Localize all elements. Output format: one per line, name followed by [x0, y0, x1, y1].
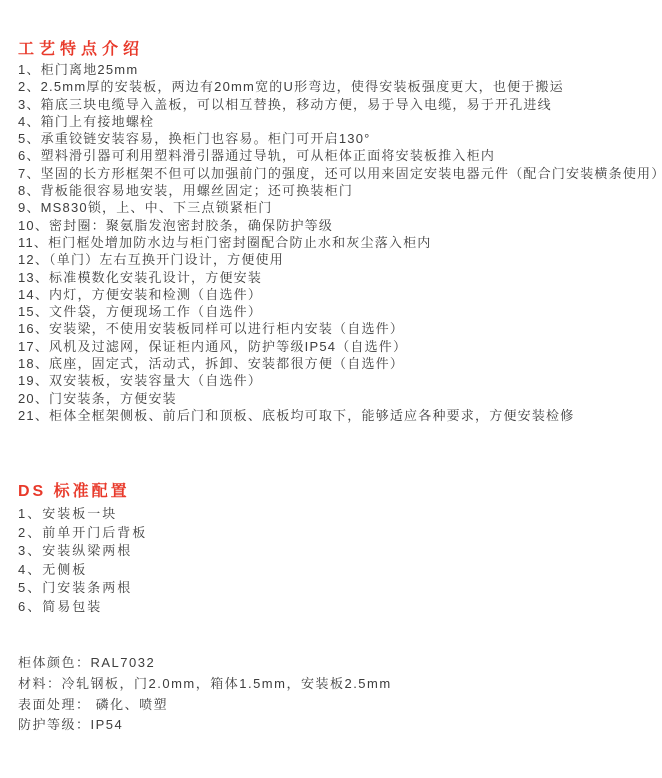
feature-item-10: 10、密封圈：聚氨脂发泡密封胶条，确保防护等级 — [18, 217, 656, 234]
ds-config-item-6: 6、简易包装 — [18, 598, 147, 617]
feature-item-18: 18、底座，固定式，活动式，拆卸、安装都很方便（自选件） — [18, 355, 656, 372]
ds-config-item-1: 1、安装板一块 — [18, 505, 147, 524]
ds-config-section-title: DS 标准配置 — [18, 478, 130, 501]
feature-item-4: 4、箱门上有接地螺栓 — [18, 113, 656, 130]
catalog-page: 工艺特点介绍 1、柜门离地25mm 2、2.5mm厚的安装板，两边有20mm宽的… — [0, 0, 662, 778]
feature-item-7: 7、坚固的长方形框架不但可以加强前门的强度，还可以用来固定安装电器元件（配合门安… — [18, 165, 656, 182]
feature-item-6: 6、塑料滑引器可利用塑料滑引器通过导轨，可从柜体正面将安装板推入柜内 — [18, 147, 656, 164]
feature-item-8: 8、背板能很容易地安装，用螺丝固定；还可换装柜门 — [18, 182, 656, 199]
feature-item-2: 2、2.5mm厚的安装板，两边有20mm宽的U形弯边，使得安装板强度更大，也便于… — [18, 78, 656, 95]
feature-item-19: 19、双安装板，安装容量大（自选件） — [18, 372, 656, 389]
features-section-title: 工艺特点介绍 — [18, 36, 144, 59]
ds-config-item-5: 5、门安装条两根 — [18, 579, 147, 598]
feature-list: 1、柜门离地25mm 2、2.5mm厚的安装板，两边有20mm宽的U形弯边，使得… — [18, 61, 656, 424]
feature-item-12: 12、（单门）左右互换开门设计，方便使用 — [18, 251, 656, 268]
feature-item-5: 5、承重铰链安装容易，换柜门也容易。柜门可开启130° — [18, 130, 656, 147]
feature-item-13: 13、标准模数化安装孔设计，方便安装 — [18, 269, 656, 286]
ds-config-item-3: 3、安装纵梁两根 — [18, 542, 147, 561]
spec-cabinet-color: 柜体颜色：RAL7032 — [18, 653, 392, 674]
spec-material: 材料：冷轧钢板，门2.0mm，箱体1.5mm，安装板2.5mm — [18, 674, 392, 695]
spec-surface-treatment: 表面处理： 磷化、喷塑 — [18, 695, 392, 716]
feature-item-15: 15、文件袋，方便现场工作（自选件） — [18, 303, 656, 320]
feature-item-21: 21、柜体全框架侧板、前后门和顶板、底板均可取下，能够适应各种要求，方便安装检修 — [18, 407, 656, 424]
ds-config-list: 1、安装板一块 2、前单开门后背板 3、安装纵梁两根 4、无侧板 5、门安装条两… — [18, 505, 147, 617]
specs-block: 柜体颜色：RAL7032 材料：冷轧钢板，门2.0mm，箱体1.5mm，安装板2… — [18, 653, 392, 736]
feature-item-9: 9、MS830锁，上、中、下三点锁紧柜门 — [18, 199, 656, 216]
feature-item-16: 16、安装梁，不使用安装板同样可以进行柜内安装（自选件） — [18, 320, 656, 337]
spec-protection-level: 防护等级：IP54 — [18, 715, 392, 736]
feature-item-20: 20、门安装条，方便安装 — [18, 390, 656, 407]
feature-item-14: 14、内灯，方便安装和检测（自选件） — [18, 286, 656, 303]
feature-item-11: 11、柜门框处增加防水边与柜门密封圈配合防止水和灰尘落入柜内 — [18, 234, 656, 251]
feature-item-3: 3、箱底三块电缆导入盖板，可以相互替换，移动方便，易于导入电缆，易于开孔进线 — [18, 96, 656, 113]
ds-config-item-2: 2、前单开门后背板 — [18, 524, 147, 543]
ds-config-item-4: 4、无侧板 — [18, 561, 147, 580]
feature-item-17: 17、风机及过滤网，保证柜内通风，防护等级IP54（自选件） — [18, 338, 656, 355]
feature-item-1: 1、柜门离地25mm — [18, 61, 656, 78]
